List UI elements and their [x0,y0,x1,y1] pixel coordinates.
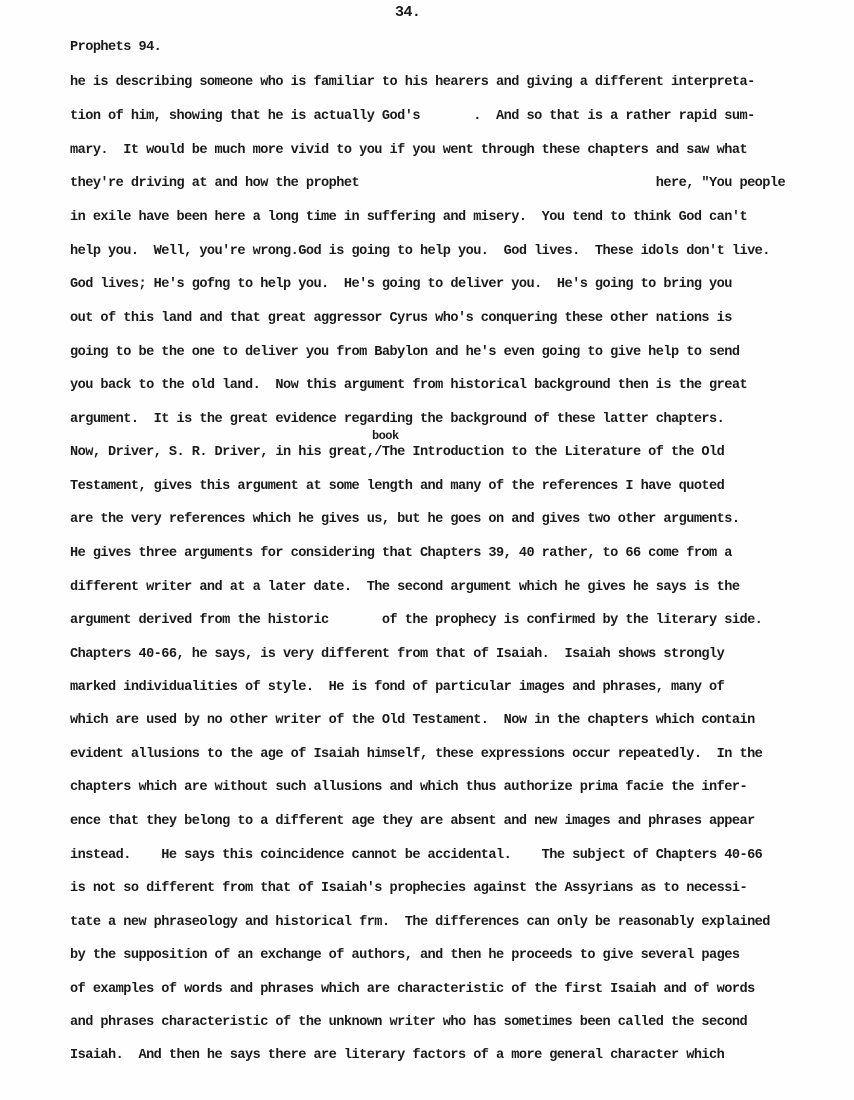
text-line: they're driving at and how the prophet h… [70,176,785,192]
text-line: chapters which are without such allusion… [70,780,747,796]
text-line: he is describing someone who is familiar… [70,75,755,91]
text-line: God lives; He's gofng to help you. He's … [70,277,732,293]
text-line: are the very references which he gives u… [70,512,739,528]
text-line: Now, Driver, S. R. Driver, in his great,… [70,445,724,461]
page-header: Prophets 94. [70,40,161,56]
text-line: argument. It is the great evidence regar… [70,412,724,428]
text-line: Isaiah. And then he says there are liter… [70,1048,724,1064]
text-line: and phrases characteristic of the unknow… [70,1015,747,1031]
text-line: out of this land and that great aggresso… [70,311,732,327]
text-line: instead. He says this coincidence cannot… [70,848,762,864]
text-line: in exile have been here a long time in s… [70,210,747,226]
text-line: marked individualities of style. He is f… [70,680,724,696]
text-line: by the supposition of an exchange of aut… [70,948,739,964]
text-line: evident allusions to the age of Isaiah h… [70,747,762,763]
text-line: Testament, gives this argument at some l… [70,479,724,495]
text-line: going to be the one to deliver you from … [70,345,739,361]
text-line: help you. Well, you're wrong.God is goin… [70,244,770,260]
text-line: Chapters 40-66, he says, is very differe… [70,647,724,663]
text-line: He gives three arguments for considering… [70,546,732,562]
text-line: argument derived from the historic of th… [70,613,762,629]
page-number: 34. [395,5,420,21]
text-line: tion of him, showing that he is actually… [70,109,755,125]
text-line: of examples of words and phrases which a… [70,982,755,998]
handwritten-insertion: book [372,428,399,444]
document-page: 34. Prophets 94. he is describing someon… [0,0,854,1100]
text-line: tate a new phraseology and historical fr… [70,915,770,931]
text-line: which are used by no other writer of the… [70,713,755,729]
text-line: you back to the old land. Now this argum… [70,378,747,394]
text-line: mary. It would be much more vivid to you… [70,143,747,159]
text-line: ence that they belong to a different age… [70,814,755,830]
text-line: different writer and at a later date. Th… [70,580,739,596]
text-line: is not so different from that of Isaiah'… [70,881,747,897]
